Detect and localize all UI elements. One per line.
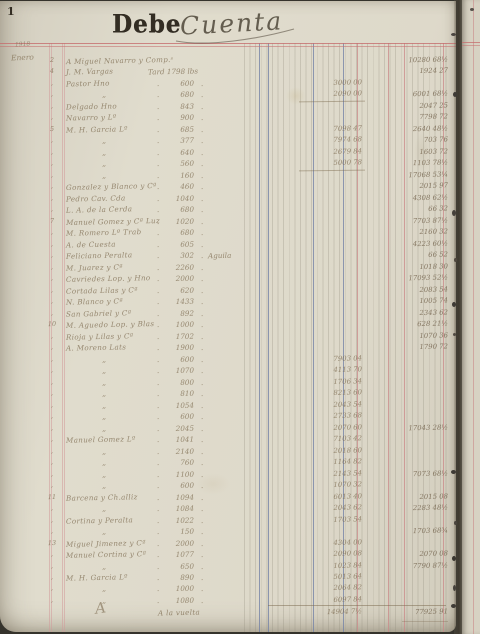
entry-name: M. Romero Lº Trab: [66, 227, 142, 238]
entry-amount: 4223 60½: [394, 239, 448, 248]
entry-quantity: 650: [160, 562, 194, 572]
ink-speck: [451, 33, 456, 36]
ink-speck: [470, 8, 474, 11]
ditto-dot: .: [201, 584, 203, 593]
entry-subtotal: 2143 54: [298, 469, 362, 478]
entry-day: ,: [44, 148, 60, 156]
entry-quantity: 1041: [160, 435, 194, 445]
ink-speck: [452, 210, 456, 216]
ink-speck: [454, 521, 457, 525]
entry-day: ,: [44, 171, 60, 179]
entry-day: ,: [44, 527, 60, 535]
entry-amount: 2083 54: [394, 285, 448, 294]
entry-name: M. H. Garcia Lº: [66, 124, 128, 134]
entry-subtotal: 2070 60: [298, 423, 362, 432]
entry-subtotal: 6013 40: [298, 492, 362, 501]
ledger-row: 5M. H. Garcia Lº.685.7098 472640 48½: [0, 125, 456, 136]
entry-day: ,: [44, 274, 60, 282]
entry-name: Miguel Jimenez y Cª: [66, 538, 146, 549]
ditto-dot: .: [201, 125, 203, 134]
entry-name: A Miguel Navarro y Comp.ˢ: [66, 55, 174, 66]
ledger-row: ,A. Moreno Lats.1900.1790 72: [0, 343, 456, 354]
ledger-row: 13Miguel Jimenez y Cª.2000.4304 00: [0, 539, 456, 550]
ditto-dot: .: [201, 378, 203, 387]
entry-quantity: 160: [160, 171, 194, 181]
ledger-row: ,„.600.2733 68: [0, 412, 456, 423]
entry-quantity-note: Tard 1798 lbs: [148, 66, 198, 76]
entry-day: ,: [44, 355, 60, 363]
ditto-dot: .: [201, 136, 203, 145]
ink-speck: [454, 258, 457, 262]
entry-day: ,: [44, 470, 60, 478]
entry-subtotal: 1164 82: [298, 457, 362, 466]
entry-amount: 17093 52½: [394, 273, 448, 282]
sum-rule: [268, 605, 446, 606]
next-page-header-rule: [462, 45, 480, 46]
entry-name-ditto: „: [102, 366, 106, 375]
ledger-row: ,Cortina y Peralta.1022.1703 54: [0, 516, 456, 527]
ditto-dot: .: [201, 389, 203, 398]
entry-subtotal: 2018 60: [298, 446, 362, 455]
ink-speck: [453, 92, 457, 97]
entry-day: ,: [44, 159, 60, 167]
entry-day: 11: [44, 493, 60, 501]
ledger-row: 4J. M. VargasTard 1798 lbs1924 27: [0, 67, 456, 78]
ink-speck: [451, 604, 456, 608]
ledger-rows: 2A Miguel Navarro y Comp.ˢ10280 68½4J. M…: [0, 1, 456, 632]
entry-day: ,: [44, 228, 60, 236]
entry-quantity: 2000: [160, 274, 194, 284]
ledger-row: ,Manuel Cortina y Cª.1077.2090 082070 08: [0, 550, 456, 561]
ledger-row: ,„.600.7903 04: [0, 355, 456, 366]
entry-amount: 7798 72: [394, 112, 448, 121]
entry-day: ,: [44, 481, 60, 489]
ditto-dot: .: [201, 194, 203, 203]
ditto-dot: .: [201, 251, 203, 260]
entry-quantity: 620: [160, 286, 194, 296]
ditto-dot: .: [201, 458, 203, 467]
entry-subtotal: 7903 04: [298, 354, 362, 363]
ledger-row: ,M. Romero Lº Trab.680.2160 32: [0, 228, 456, 239]
ink-speck: [451, 470, 456, 474]
entry-day: ,: [44, 263, 60, 271]
entry-quantity: 600: [160, 355, 194, 365]
entry-quantity: 302: [160, 251, 194, 261]
entry-day: ,: [44, 297, 60, 305]
ledger-page: 1 Debe Cuenta 1918 Enero 2A Miguel Navar…: [0, 1, 456, 632]
next-page-sliver: [462, 0, 480, 634]
entry-day: ,: [44, 194, 60, 202]
entry-name: A. Moreno Lats: [66, 342, 126, 352]
entry-day: ,: [44, 504, 60, 512]
entry-name-ditto: „: [102, 470, 106, 479]
ditto-dot: .: [201, 309, 203, 318]
entry-quantity: 900: [160, 113, 194, 123]
entry-name: Gonzalez y Blanco y Cª: [66, 181, 157, 192]
entry-quantity: 600: [160, 79, 194, 89]
ditto-dot: .: [201, 79, 203, 88]
ditto-dot: .: [201, 550, 203, 559]
entry-day: ,: [44, 332, 60, 340]
entry-quantity: 680: [160, 228, 194, 238]
entry-name: Rioja y Lilas y Cª: [66, 331, 134, 341]
ledger-row: ,Feliciano Peralta.302.Aguila66 52: [0, 251, 456, 262]
ink-speck: [453, 585, 456, 591]
entry-quantity: 760: [160, 458, 194, 468]
entry-day: 10: [44, 320, 60, 328]
ink-speck: [453, 333, 456, 336]
entry-quantity: 1022: [160, 516, 194, 526]
entry-amount: 10280 68½: [394, 55, 448, 64]
ledger-row: ,Manuel Gomez Lº.1041.7103 42: [0, 435, 456, 446]
ditto-dot: .: [201, 527, 203, 536]
ditto-dot: .: [201, 401, 203, 410]
entry-subtotal: 2043 54: [298, 400, 362, 409]
entry-day: ,: [44, 79, 60, 87]
entry-quantity: 2260: [160, 263, 194, 273]
entry-name: Delgado Hno: [66, 101, 117, 111]
entry-name: Cavriedes Lop. y Hno: [66, 273, 151, 284]
entry-quantity: 605: [160, 240, 194, 250]
entry-name-ditto: „: [102, 527, 106, 536]
entry-subtotal: 7098 47: [298, 124, 362, 133]
ditto-dot: .: [201, 297, 203, 306]
entry-subtotal: 6097 84: [298, 595, 362, 604]
ledger-row: ,„.680.2090 006001 68½: [0, 90, 456, 101]
entry-subtotal: 2064 82: [298, 583, 362, 592]
entry-day: ,: [44, 102, 60, 110]
entry-amount: 1924 27: [394, 66, 448, 75]
entry-quantity: 810: [160, 389, 194, 399]
entry-subtotal: 1070 32: [298, 480, 362, 489]
entry-day: ,: [44, 240, 60, 248]
entry-amount: 1070 36: [394, 331, 448, 340]
entry-quantity: 2140: [160, 447, 194, 457]
entry-name-ditto: „: [102, 355, 106, 364]
ledger-row: 11Barcena y Ch.alliz.1094.6013 402015 08: [0, 493, 456, 504]
entry-subtotal: 7974 68: [298, 135, 362, 144]
ledger-row: ,„.377.7974 68703 76: [0, 136, 456, 147]
entry-subtotal: 1706 34: [298, 377, 362, 386]
ledger-row: ,M. H. Garcia Lº.890.5013 64: [0, 573, 456, 584]
entry-quantity: 640: [160, 148, 194, 158]
ditto-dot: .: [201, 366, 203, 375]
entry-amount: 1018 30: [394, 262, 448, 271]
entry-quantity: 1080: [160, 596, 194, 606]
entry-name: Manuel Cortina y Cª: [66, 549, 147, 560]
ledger-row: A la vuelta14904 7½77925 91: [0, 608, 456, 619]
entry-subtotal: 5013 64: [298, 572, 362, 581]
entry-amount: 17043 28½: [394, 423, 448, 432]
ditto-dot: .: [201, 481, 203, 490]
entry-subtotal: 1023 84: [298, 561, 362, 570]
ledger-row: ,Rioja y Lilas y Cª.1702.1070 36: [0, 332, 456, 343]
ledger-row: ,Cavriedes Lop. y Hno.2000.17093 52½: [0, 274, 456, 285]
ledger-row: ,„.810.8213 60: [0, 389, 456, 400]
entry-amount: 2047 25: [394, 101, 448, 110]
entry-name: Pastor Hno: [66, 79, 110, 89]
entry-quantity: 680: [160, 90, 194, 100]
entry-name: J. M. Vargas: [66, 67, 113, 77]
entry-quantity: 1070: [160, 366, 194, 376]
entry-name-ditto: „: [102, 562, 106, 571]
entry-quantity: 2045: [160, 424, 194, 434]
ledger-row: ,Pedro Cav. Cda.1040.4308 62½: [0, 194, 456, 205]
entry-name: A la vuelta: [158, 608, 200, 618]
entry-name-ditto: „: [102, 401, 106, 410]
entry-day: ,: [44, 584, 60, 592]
entry-amount: 17068 53¼: [394, 170, 448, 179]
ledger-row: ,„.640.2679 841603 72: [0, 148, 456, 159]
ink-speck: [452, 556, 456, 561]
ledger-row: ,„.760.1164 82: [0, 458, 456, 469]
entry-amount: 1603 72: [394, 147, 448, 156]
entry-day: 2: [44, 56, 60, 64]
ledger-row: ,M. Juarez y Cª.2260.1018 30: [0, 263, 456, 274]
entry-day: 4: [44, 67, 60, 75]
entry-subtotal: 2043 62: [298, 503, 362, 512]
entry-subtotal: 2090 08: [298, 549, 362, 558]
entry-name-ditto: „: [102, 584, 106, 593]
ledger-row: ,„.1084.2043 622283 48½: [0, 504, 456, 515]
entry-day: ,: [44, 516, 60, 524]
entry-name: Manuel Gomez y Cª Luz: [66, 216, 160, 227]
ditto-dot: .: [201, 217, 203, 226]
entry-name-ditto: „: [102, 504, 106, 513]
entry-amount: 2015 08: [394, 492, 448, 501]
entry-day: ,: [44, 562, 60, 570]
ledger-row: ,„.560.5000 781103 78½: [0, 159, 456, 170]
entry-subtotal: 7103 42: [298, 434, 362, 443]
ledger-row: ,Gonzalez y Blanco y Cª.460.2015 97: [0, 182, 456, 193]
entry-amount: 1103 78½: [394, 158, 448, 167]
entry-amount: 2070 08: [394, 549, 448, 558]
entry-quantity: 1100: [160, 470, 194, 480]
ledger-row: ,„.1070.4113 70: [0, 366, 456, 377]
entry-day: ,: [44, 90, 60, 98]
ditto-dot: .: [201, 113, 203, 122]
entry-subtotal: 1703 54: [298, 515, 362, 524]
ditto-dot: .: [201, 539, 203, 548]
entry-day: ,: [44, 343, 60, 351]
entry-quantity: 1077: [160, 550, 194, 560]
ledger-row: ,„.2045.2070 6017043 28½: [0, 424, 456, 435]
next-page-header-rule: [462, 42, 480, 43]
entry-day: ,: [44, 113, 60, 121]
ledger-row: ,N. Blanco y Cª.1433.1005 74: [0, 297, 456, 308]
entry-name: N. Blanco y Cª: [66, 296, 123, 306]
ledger-row: 10M. Aguedo Lop. y Blas.1000.628 21½: [0, 320, 456, 331]
entry-quantity: 1433: [160, 297, 194, 307]
entry-note: Aguila: [208, 251, 231, 260]
entry-amount: 2640 48½: [394, 124, 448, 133]
ledger-row: ,„.1100.2143 547073 68½: [0, 470, 456, 481]
ledger-row: ,„.160.17068 53¼: [0, 171, 456, 182]
ditto-dot: .: [201, 493, 203, 502]
entry-quantity: 460: [160, 182, 194, 192]
entry-name: Manuel Gomez Lº: [66, 434, 136, 444]
entry-subtotal: 14904 7½: [298, 607, 362, 616]
ledger-row: 2A Miguel Navarro y Comp.ˢ10280 68½: [0, 56, 456, 67]
ditto-dot: .: [201, 90, 203, 99]
pen-flourish: A: [94, 598, 107, 617]
entry-day: 7: [44, 217, 60, 225]
entry-amount: 6001 68½: [394, 89, 448, 98]
entry-subtotal: 8213 60: [298, 388, 362, 397]
ditto-dot: .: [201, 274, 203, 283]
entry-day: ,: [44, 286, 60, 294]
scanned-ledger-page: 1 Debe Cuenta 1918 Enero 2A Miguel Navar…: [0, 0, 480, 634]
entry-name-ditto: „: [102, 447, 106, 456]
ledger-row: ,„.650.1023 847790 87½: [0, 562, 456, 573]
entry-amount: 7703 87½: [394, 216, 448, 225]
entry-name: M. Aguedo Lop. y Blas: [66, 319, 154, 330]
entry-name-ditto: „: [102, 389, 106, 398]
entry-amount: 703 76: [394, 135, 448, 144]
entry-name-ditto: „: [102, 481, 106, 490]
entry-name-ditto: „: [102, 136, 106, 145]
entry-subtotal: 4113 70: [298, 365, 362, 374]
ditto-dot: .: [201, 159, 203, 168]
entry-subtotal: 2090 00: [298, 89, 362, 98]
entry-day: ,: [44, 596, 60, 604]
entry-quantity: 1040: [160, 194, 194, 204]
entry-name: Cortina y Peralta: [66, 515, 133, 525]
ledger-row: ,Delgado Hno.843.2047 25: [0, 102, 456, 113]
ditto-dot: .: [201, 596, 203, 605]
entry-quantity: 600: [160, 481, 194, 491]
entry-subtotal: 3000 00: [298, 78, 362, 87]
entry-day: ,: [44, 389, 60, 397]
ditto-dot: .: [201, 343, 203, 352]
entry-amount: 1703 68¾: [394, 526, 448, 535]
ditto-dot: .: [201, 263, 203, 272]
entry-day: ,: [44, 573, 60, 581]
ledger-row: ,„.600.1070 32: [0, 481, 456, 492]
entry-subtotal: 2679 84: [298, 147, 362, 156]
entry-name: Cortada Lilas y Cª: [66, 285, 138, 296]
entry-name: Barcena y Ch.alliz: [66, 492, 138, 502]
ledger-row: ,A. de Cuesta.605.4223 60½: [0, 240, 456, 251]
entry-name: San Gabriel y Cª: [66, 308, 132, 318]
entry-amount: 66 32: [394, 204, 448, 213]
entry-name: M. Juarez y Cª: [66, 262, 123, 272]
entry-day: ,: [44, 366, 60, 374]
entry-day: ,: [44, 309, 60, 317]
entry-quantity: 1084: [160, 504, 194, 514]
ditto-dot: .: [201, 240, 203, 249]
ledger-row: ,Navarro y Lº.900.7798 72: [0, 113, 456, 124]
entry-quantity: 680: [160, 205, 194, 215]
entry-quantity: 1000: [160, 320, 194, 330]
entry-quantity: 1020: [160, 217, 194, 227]
ledger-row: ,L. A. de la Cerda.680.66 32: [0, 205, 456, 216]
entry-amount: 2160 32: [394, 227, 448, 236]
entry-amount: 4308 62½: [394, 193, 448, 202]
entry-day: ,: [44, 412, 60, 420]
entry-quantity: 685: [160, 125, 194, 135]
entry-amount: 1790 72: [394, 342, 448, 351]
ditto-dot: .: [201, 286, 203, 295]
total-underline: [402, 621, 448, 622]
ledger-row: ,„.1054.2043 54: [0, 401, 456, 412]
ledger-row: ,„.800.1706 34: [0, 378, 456, 389]
entry-day: ,: [44, 447, 60, 455]
ledger-row: ,Pastor Hno.600.3000 00: [0, 79, 456, 90]
entry-name-ditto: „: [102, 458, 106, 467]
ditto-dot: .: [201, 205, 203, 214]
entry-quantity: 800: [160, 378, 194, 388]
entry-subtotal: 2733 68: [298, 411, 362, 420]
entry-quantity: 1000: [160, 584, 194, 594]
entry-quantity: 600: [160, 412, 194, 422]
entry-day: 5: [44, 125, 60, 133]
entry-amount: 66 52: [394, 250, 448, 259]
entry-day: ,: [44, 205, 60, 213]
entry-day: ,: [44, 378, 60, 386]
ditto-dot: .: [201, 182, 203, 191]
entry-quantity: 1054: [160, 401, 194, 411]
entry-amount: 7073 68½: [394, 469, 448, 478]
ditto-dot: .: [201, 562, 203, 571]
ledger-row: ,„.1000.2064 82: [0, 584, 456, 595]
ditto-dot: .: [201, 573, 203, 582]
ledger-row: ,„.2140.2018 60: [0, 447, 456, 458]
entry-amount: 77925 91: [394, 607, 448, 616]
entry-name-ditto: „: [102, 148, 106, 157]
entry-name: A. de Cuesta: [66, 239, 116, 249]
entry-subtotal: 4304 00: [298, 538, 362, 547]
ledger-row: ,Cortada Lilas y Cª.620.2083 54: [0, 286, 456, 297]
ditto-dot: .: [201, 447, 203, 456]
ditto-dot: .: [201, 171, 203, 180]
entry-day: ,: [44, 182, 60, 190]
entry-name: Navarro y Lº: [66, 112, 117, 122]
ditto-dot: .: [201, 320, 203, 329]
entry-day: 13: [44, 539, 60, 547]
ditto-dot: .: [201, 332, 203, 341]
entry-day: ,: [44, 458, 60, 466]
entry-name-ditto: „: [102, 159, 106, 168]
entry-amount: 1005 74: [394, 296, 448, 305]
ledger-row: ,San Gabriel y Cª.892.2343 62: [0, 309, 456, 320]
ditto-dot: .: [201, 102, 203, 111]
ink-speck: [452, 302, 456, 307]
ledger-row: ,„.150.1703 68¾: [0, 527, 456, 538]
entry-name-ditto: „: [102, 412, 106, 421]
entry-quantity: 892: [160, 309, 194, 319]
ditto-dot: .: [201, 355, 203, 364]
ditto-dot: .: [201, 504, 203, 513]
entry-quantity: 560: [160, 159, 194, 169]
entry-quantity: 843: [160, 102, 194, 112]
entry-name: Pedro Cav. Cda: [66, 193, 126, 203]
entry-name-ditto: „: [102, 171, 106, 180]
entry-name: Feliciano Peralta: [66, 250, 133, 260]
entry-day: ,: [44, 550, 60, 558]
ditto-dot: .: [201, 516, 203, 525]
entry-name-ditto: „: [102, 90, 106, 99]
entry-amount: 7790 87½: [394, 561, 448, 570]
entry-name: M. H. Garcia Lº: [66, 572, 128, 582]
entry-day: ,: [44, 424, 60, 432]
entry-name-ditto: „: [102, 424, 106, 433]
entry-amount: 2343 62: [394, 308, 448, 317]
next-page-red-rule: [473, 0, 474, 634]
entry-day: ,: [44, 401, 60, 409]
ditto-dot: .: [201, 424, 203, 433]
ditto-dot: .: [201, 148, 203, 157]
